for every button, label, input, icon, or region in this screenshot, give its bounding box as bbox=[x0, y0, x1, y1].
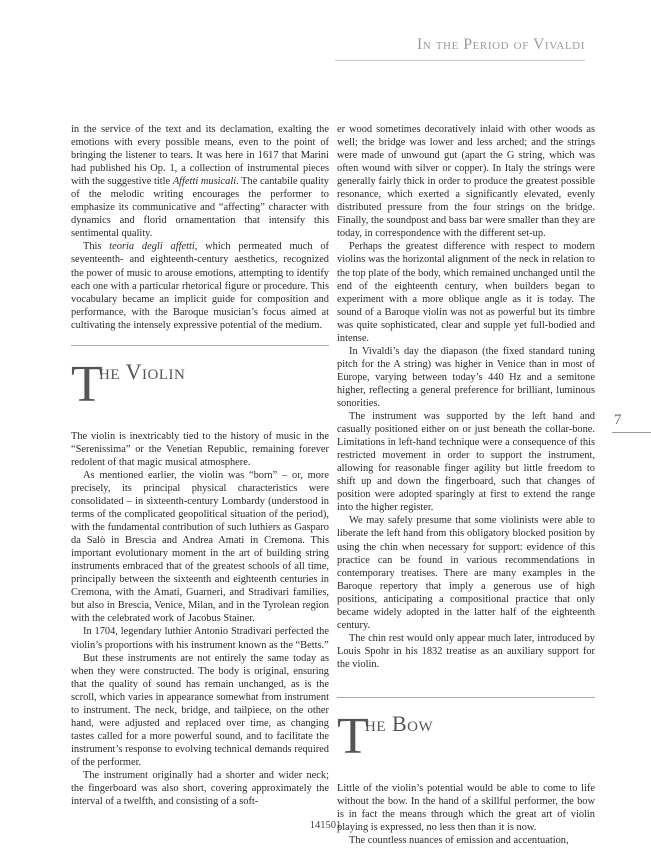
paragraph: We may safely presume that some violinis… bbox=[337, 514, 595, 631]
section-the-violin: T he Violin The violin is inextricably t… bbox=[71, 345, 329, 808]
paragraph: In 1704, legendary luthier Antonio Strad… bbox=[71, 625, 329, 651]
page-number-rule bbox=[612, 432, 651, 433]
intro-paragraph-2: This teoria degli affetti, which permeat… bbox=[71, 240, 329, 331]
italic-term-teoria-degli-affetti: teoria degli affetti bbox=[109, 241, 194, 252]
heading-text: he Bow bbox=[365, 717, 433, 730]
italic-title-affetti-musicali: Affetti musicali bbox=[173, 176, 236, 187]
paragraph: The violin is inextricably tied to the h… bbox=[71, 430, 329, 469]
section-divider bbox=[337, 697, 595, 698]
dropcap-letter: T bbox=[71, 359, 103, 411]
paragraph: The instrument originally had a shorter … bbox=[71, 769, 329, 808]
paragraph: er wood sometimes decoratively inlaid wi… bbox=[337, 123, 595, 240]
section-divider bbox=[71, 345, 329, 346]
section-heading-the-violin: T he Violin bbox=[71, 359, 329, 421]
intro-paragraph-1: in the service of the text and its decla… bbox=[71, 123, 329, 240]
paragraph: The instrument was supported by the left… bbox=[337, 410, 595, 514]
paragraph: The countless nuances of emission and ac… bbox=[337, 834, 595, 847]
heading-text: he Violin bbox=[99, 365, 185, 378]
paragraph: The chin rest would only appear much lat… bbox=[337, 632, 595, 671]
paragraph: In Vivaldi’s day the diapason (the fixed… bbox=[337, 345, 595, 410]
section-heading-the-bow: T he Bow bbox=[337, 711, 595, 773]
paragraph: But these instruments are not entirely t… bbox=[71, 652, 329, 769]
running-head-rule bbox=[335, 60, 585, 61]
right-column: er wood sometimes decoratively inlaid wi… bbox=[337, 123, 595, 847]
running-head: In the Period of Vivaldi bbox=[417, 36, 585, 54]
paragraph: As mentioned earlier, the violin was “bo… bbox=[71, 469, 329, 626]
dropcap-letter: T bbox=[337, 711, 369, 763]
paragraph: Perhaps the greatest difference with res… bbox=[337, 240, 595, 344]
page-number: 7 bbox=[614, 412, 622, 429]
left-column: in the service of the text and its decla… bbox=[71, 123, 329, 808]
folio-number: 141501 bbox=[0, 820, 651, 831]
